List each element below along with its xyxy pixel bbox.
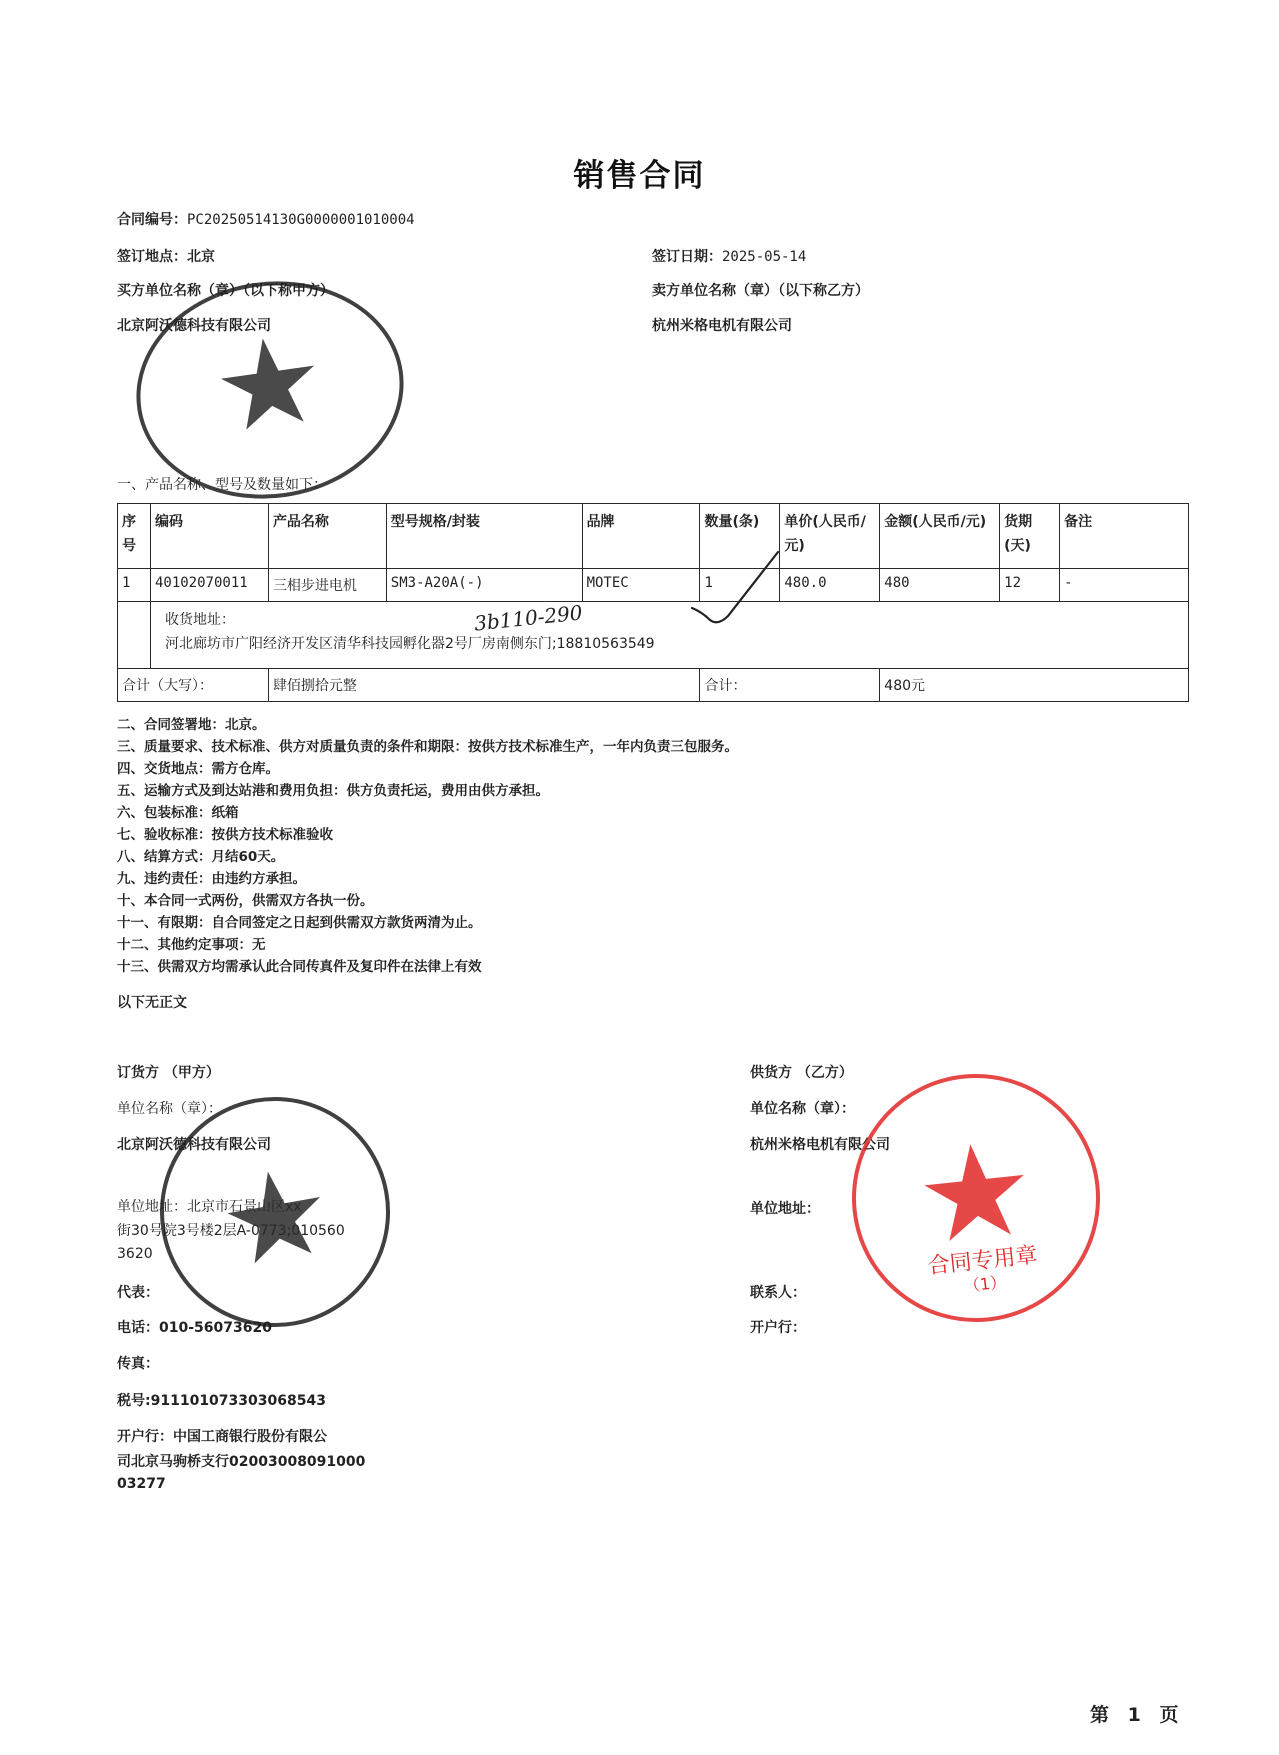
contract-number-value: PC20250514130G0000001010004: [187, 212, 415, 228]
buyer-address-line1: 单位地址：北京市石景山区xx: [117, 1196, 302, 1216]
clause-13: 十三、供需双方均需承认此合同传真件及复印件在法律上有效: [117, 956, 738, 978]
cell-remark: -: [1060, 569, 1189, 602]
document-title: 销售合同: [0, 150, 1279, 195]
buyer-bank-line3: 03277: [117, 1476, 166, 1492]
seller-bank-label: 开户行：: [750, 1317, 806, 1337]
header-model: 型号规格/封装: [386, 504, 582, 569]
address-row: 收货地址： 河北廊坊市广阳经济开发区清华科技园孵化器2号厂房南侧东门;18810…: [118, 602, 1189, 669]
address-cell: 收货地址： 河北廊坊市广阳经济开发区清华科技园孵化器2号厂房南侧东门;18810…: [150, 602, 1188, 669]
seller-contact-label: 联系人：: [750, 1282, 806, 1302]
clause-2: 二、合同签署地：北京。: [117, 714, 738, 736]
contract-clauses: 二、合同签署地：北京。 三、质量要求、技术标准、供方对质量负责的条件和期限：按供…: [117, 714, 738, 978]
header-name: 产品名称: [268, 504, 386, 569]
buyer-address-line3: 3620: [117, 1246, 153, 1262]
seal-index-text: （1）: [963, 1272, 1007, 1295]
header-index: 序号: [118, 504, 151, 569]
header-lead-days: 货期(天): [1000, 504, 1060, 569]
header-amount: 金额(人民币/元): [880, 504, 1000, 569]
check-mark-icon: [680, 540, 800, 630]
sign-date-label: 签订日期：: [652, 249, 722, 265]
buyer-unit-name: 北京阿沃德科技有限公司: [117, 1134, 271, 1154]
seller-name: 杭州米格电机有限公司: [652, 315, 792, 335]
cell-index: 1: [118, 569, 151, 602]
clause-7: 七、验收标准：按供方技术标准验收: [117, 824, 738, 846]
buyer-tax-value: 911101073303068543: [151, 1393, 326, 1409]
clause-11: 十一、有限期：自合同签定之日起到供需双方款货两清为止。: [117, 912, 738, 934]
end-note: 以下无正文: [117, 992, 187, 1012]
clause-4: 四、交货地点：需方仓库。: [117, 758, 738, 780]
buyer-phone-label: 电话：: [117, 1320, 159, 1336]
buyer-fax-label: 传真：: [117, 1353, 159, 1373]
buyer-bank-line1: 开户行：中国工商银行股份有限公: [117, 1426, 327, 1446]
sign-date: 签订日期：2025-05-14: [652, 246, 806, 266]
buyer-tax: 税号:911101073303068543: [117, 1390, 326, 1410]
total-row: 合计（大写）： 肆佰捌拾元整 合计： 480元: [118, 669, 1189, 702]
clause-5: 五、运输方式及到达站港和费用负担：供方负责托运，费用由供方承担。: [117, 780, 738, 802]
seller-label: 卖方单位名称（章）（以下称乙方）: [652, 280, 869, 300]
sign-place: 签订地点：北京: [117, 246, 215, 266]
sign-date-value: 2025-05-14: [722, 249, 806, 265]
star-icon: 合同专用章 （1）: [844, 1066, 1108, 1330]
clause-10: 十、本合同一式两份，供需双方各执一份。: [117, 890, 738, 912]
page-number: 第 1 页: [1090, 1700, 1184, 1727]
cell-model: SM3-A20A(-): [386, 569, 582, 602]
buyer-name: 北京阿沃德科技有限公司: [117, 315, 271, 335]
buyer-bank-line2: 司北京马驹桥支行02003008091000: [117, 1451, 365, 1471]
cell-name: 三相步进电机: [268, 569, 386, 602]
total-caps-label: 合计（大写）：: [118, 669, 269, 702]
header-remark: 备注: [1060, 504, 1189, 569]
cell-lead-days: 12: [1000, 569, 1060, 602]
seller-unit-name: 杭州米格电机有限公司: [750, 1134, 890, 1154]
sign-place-value: 北京: [187, 249, 215, 265]
buyer-phone-value: 010-56073620: [159, 1320, 272, 1336]
address-spacer: [118, 602, 151, 669]
clause-9: 九、违约责任：由违约方承担。: [117, 868, 738, 890]
buyer-address-line2: 街30号院3号楼2层A-0773;010560: [117, 1220, 345, 1240]
buyer-heading: 订货方 （甲方）: [117, 1062, 220, 1082]
contract-number: 合同编号：PC20250514130G0000001010004: [117, 209, 415, 229]
buyer-tax-label: 税号:: [117, 1393, 151, 1409]
buyer-rep-label: 代表：: [117, 1282, 159, 1302]
buyer-phone: 电话：010-56073620: [117, 1317, 272, 1337]
table-header-row: 序号 编码 产品名称 型号规格/封装 品牌 数量(条) 单价(人民币/元) 金额…: [118, 504, 1189, 569]
table-row: 1 40102070011 三相步进电机 SM3-A20A(-) MOTEC 1…: [118, 569, 1189, 602]
cell-amount: 480: [880, 569, 1000, 602]
seller-unit-name-label: 单位名称（章）：: [750, 1098, 855, 1118]
total-caps-value: 肆佰捌拾元整: [268, 669, 700, 702]
seal-sub-text: 合同专用章: [927, 1243, 1039, 1279]
section1-heading: 一、产品名称、型号及数量如下：: [117, 474, 327, 494]
clause-3: 三、质量要求、技术标准、供方对质量负责的条件和期限：按供方技术标准生产，一年内负…: [117, 736, 738, 758]
clause-6: 六、包装标准：纸箱: [117, 802, 738, 824]
buyer-label: 买方单位名称（章）（以下称甲方）: [117, 280, 334, 300]
total-label: 合计：: [700, 669, 880, 702]
seller-seal: 合同专用章 （1）: [840, 1062, 1113, 1335]
clause-12: 十二、其他约定事项：无: [117, 934, 738, 956]
buyer-unit-name-label: 单位名称（章）：: [117, 1098, 222, 1118]
contract-number-label: 合同编号：: [117, 212, 187, 228]
seller-address-label: 单位地址：: [750, 1198, 820, 1218]
sign-place-label: 签订地点：: [117, 249, 187, 265]
address-value: 河北廊坊市广阳经济开发区清华科技园孵化器2号厂房南侧东门;18810563549: [165, 632, 1184, 656]
cell-code: 40102070011: [150, 569, 268, 602]
address-label: 收货地址：: [165, 608, 1184, 632]
products-table: 序号 编码 产品名称 型号规格/封装 品牌 数量(条) 单价(人民币/元) 金额…: [117, 503, 1189, 702]
clause-8: 八、结算方式：月结60天。: [117, 846, 738, 868]
header-code: 编码: [150, 504, 268, 569]
seller-heading: 供货方 （乙方）: [750, 1062, 853, 1082]
total-value: 480元: [880, 669, 1189, 702]
